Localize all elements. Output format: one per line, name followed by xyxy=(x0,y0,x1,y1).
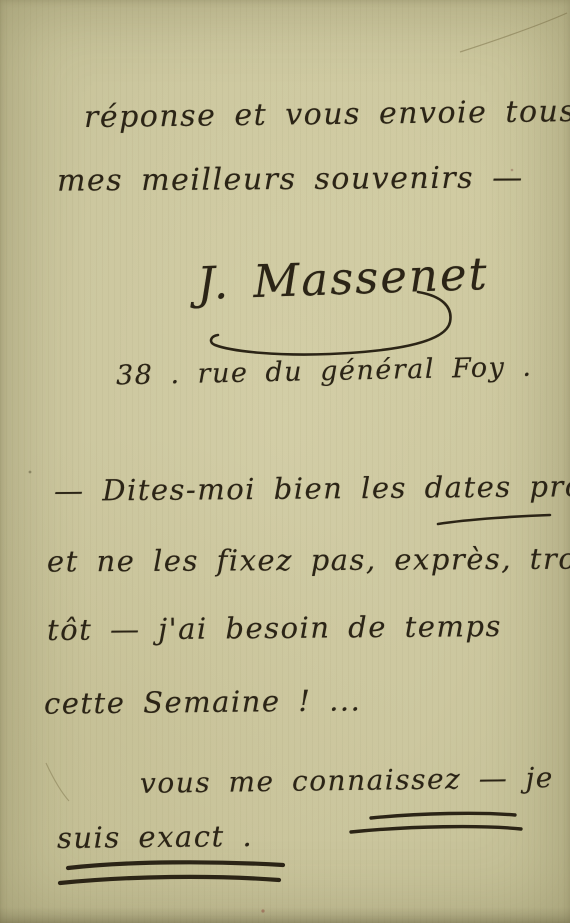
postscript-line-2: et ne les fixez pas, exprès, trop xyxy=(47,542,570,579)
underline-probables xyxy=(438,515,550,524)
closing-line-1: réponse et vous envoie tous xyxy=(84,94,570,135)
double-underline-suis-exact-stroke-2 xyxy=(60,877,279,883)
double-underline-je-stroke-1 xyxy=(371,813,515,818)
letter-page: réponse et vous envoie tous mes meilleur… xyxy=(0,0,570,923)
double-underline-je-stroke-2 xyxy=(351,827,521,832)
postscript-line-6: suis exact . xyxy=(57,819,253,855)
paper-crease-left xyxy=(46,763,69,801)
postscript-line-5: vous me connaissez — je xyxy=(140,761,554,800)
postscript-line-1: — Dites-moi bien les dates probables xyxy=(54,468,570,508)
postscript-line-3: tôt — j'ai besoin de temps xyxy=(47,609,502,647)
double-underline-suis-exact-stroke-1 xyxy=(68,862,283,868)
paper-speck-1 xyxy=(261,909,264,912)
paper-speck-3 xyxy=(29,471,32,474)
postscript-line-4: cette Semaine ! ... xyxy=(44,683,362,720)
signature: J. Massenet xyxy=(196,247,489,310)
address-line: 38 . rue du général Foy . xyxy=(116,352,533,392)
paper-crease-top-right xyxy=(460,13,567,52)
closing-line-2: mes meilleurs souvenirs — xyxy=(57,160,524,198)
